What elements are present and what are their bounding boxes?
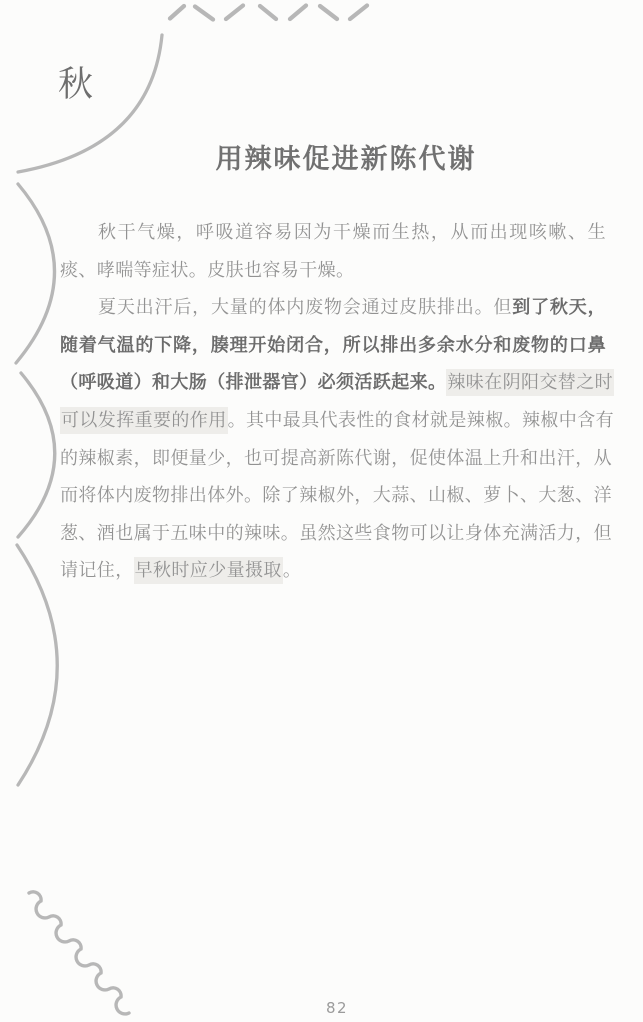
text-segment: 夏天出汗后，大量的体内废物会通过皮肤排出。但 — [98, 297, 512, 318]
bold-text-segment: （呼吸道）和大肠（排泄器官）必须活跃起来。 — [60, 372, 446, 393]
page-title: 用辣味促进新陈代谢 — [60, 142, 606, 178]
body-line: 请记住，早秋时应少量摄取。 — [60, 552, 606, 590]
page-number: 82 — [326, 999, 348, 1017]
body-line: 随着气温的下降，腠理开始闭合，所以排出多余水分和废物的口鼻 — [60, 327, 606, 365]
text-segment: 而将体内废物排出体外。除了辣椒外，大蒜、山椒、萝卜、大葱、洋 — [60, 485, 612, 506]
body-line: 而将体内废物排出体外。除了辣椒外，大蒜、山椒、萝卜、大葱、洋 — [60, 477, 606, 515]
season-marker: 秋 — [58, 66, 94, 104]
bold-text-segment: 随着气温的下降，腠理开始闭合，所以排出多余水分和废物的口鼻 — [60, 335, 606, 356]
text-segment: 葱、酒也属于五味中的辣味。虽然这些食物可以让身体充满活力，但 — [60, 523, 612, 544]
highlighted-text-segment: 辣味在阴阳交替之时 — [446, 369, 614, 396]
book-page: 秋 用辣味促进新陈代谢 秋干气燥，呼吸道容易因为干燥而生热，从而出现咳嗽、生 痰… — [0, 0, 643, 1022]
body-line: 可以发挥重要的作用。其中最具代表性的食材就是辣椒。辣椒中含有 — [60, 402, 606, 440]
body-line: 痰、哮喘等症状。皮肤也容易干燥。 — [60, 252, 606, 290]
bottom-squiggle-decoration — [29, 892, 129, 1014]
text-segment: 。 — [283, 560, 301, 581]
backslash-icon — [260, 6, 276, 19]
top-slashes-decoration — [170, 6, 367, 20]
text-segment: 。其中最具代表性的食材就是辣椒。辣椒中含有 — [228, 410, 614, 431]
highlighted-text-segment: 早秋时应少量摄取 — [134, 557, 283, 584]
slash-icon — [290, 6, 306, 20]
highlighted-text-segment: 可以发挥重要的作用 — [60, 407, 228, 434]
body-line: 夏天出汗后，大量的体内废物会通过皮肤排出。但到了秋天， — [60, 289, 606, 327]
bold-text-segment: 到了秋天， — [512, 297, 606, 318]
text-segment: 的辣椒素，即便量少，也可提高新陈代谢，促使体温上升和出汗，从 — [60, 448, 612, 469]
arc-curve — [18, 373, 55, 537]
body-line: 葱、酒也属于五味中的辣味。虽然这些食物可以让身体充满活力，但 — [60, 515, 606, 553]
backslash-icon — [195, 7, 213, 20]
body-line: 秋干气燥，呼吸道容易因为干燥而生热，从而出现咳嗽、生 — [60, 214, 606, 252]
text-segment: 痰、哮喘等症状。皮肤也容易干燥。 — [60, 260, 354, 281]
body-line: （呼吸道）和大肠（排泄器官）必须活跃起来。辣味在阴阳交替之时 — [60, 364, 606, 402]
slash-icon — [350, 6, 367, 20]
text-segment: 秋干气燥，呼吸道容易因为干燥而生热，从而出现咳嗽、生 — [98, 222, 606, 243]
arc-curve — [16, 184, 55, 363]
body-line: 的辣椒素，即便量少，也可提高新陈代谢，促使体温上升和出汗，从 — [60, 440, 606, 478]
article-body: 秋干气燥，呼吸道容易因为干燥而生热，从而出现咳嗽、生 痰、哮喘等症状。皮肤也容易… — [60, 214, 606, 590]
backslash-icon — [320, 6, 337, 19]
slash-icon — [170, 6, 184, 19]
text-segment: 请记住， — [60, 560, 134, 581]
arc-curve — [17, 545, 57, 785]
slash-icon — [226, 6, 243, 20]
